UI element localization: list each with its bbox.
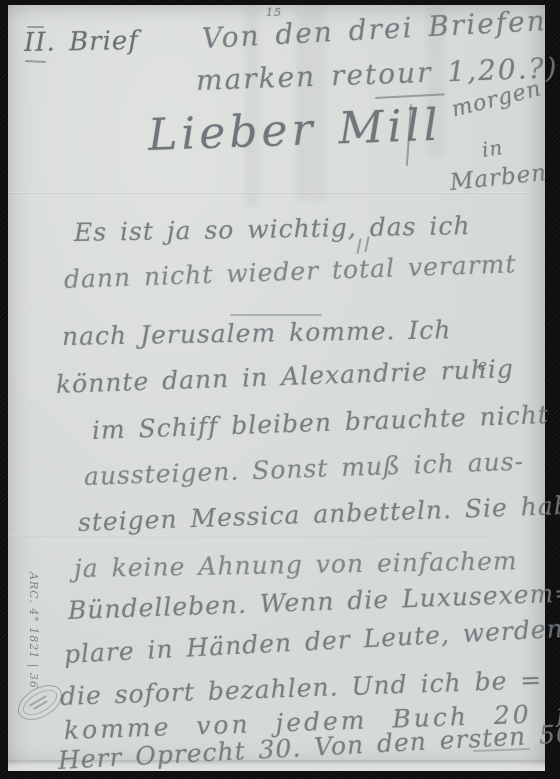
scanned-letter-page: 15 II. Brief Von den drei Briefen marken… — [0, 0, 560, 779]
margin-note-word-2: in — [480, 135, 504, 162]
inserted-letter: e — [478, 356, 488, 374]
word-underline-stroke — [230, 314, 322, 316]
letter-number: II. Brief — [24, 26, 139, 58]
archive-shelfmark: ARC. 4° 1821 | 36 — [24, 572, 40, 672]
salutation: Lieber Mill — [147, 100, 442, 161]
numeral-overline-stroke — [27, 26, 44, 28]
